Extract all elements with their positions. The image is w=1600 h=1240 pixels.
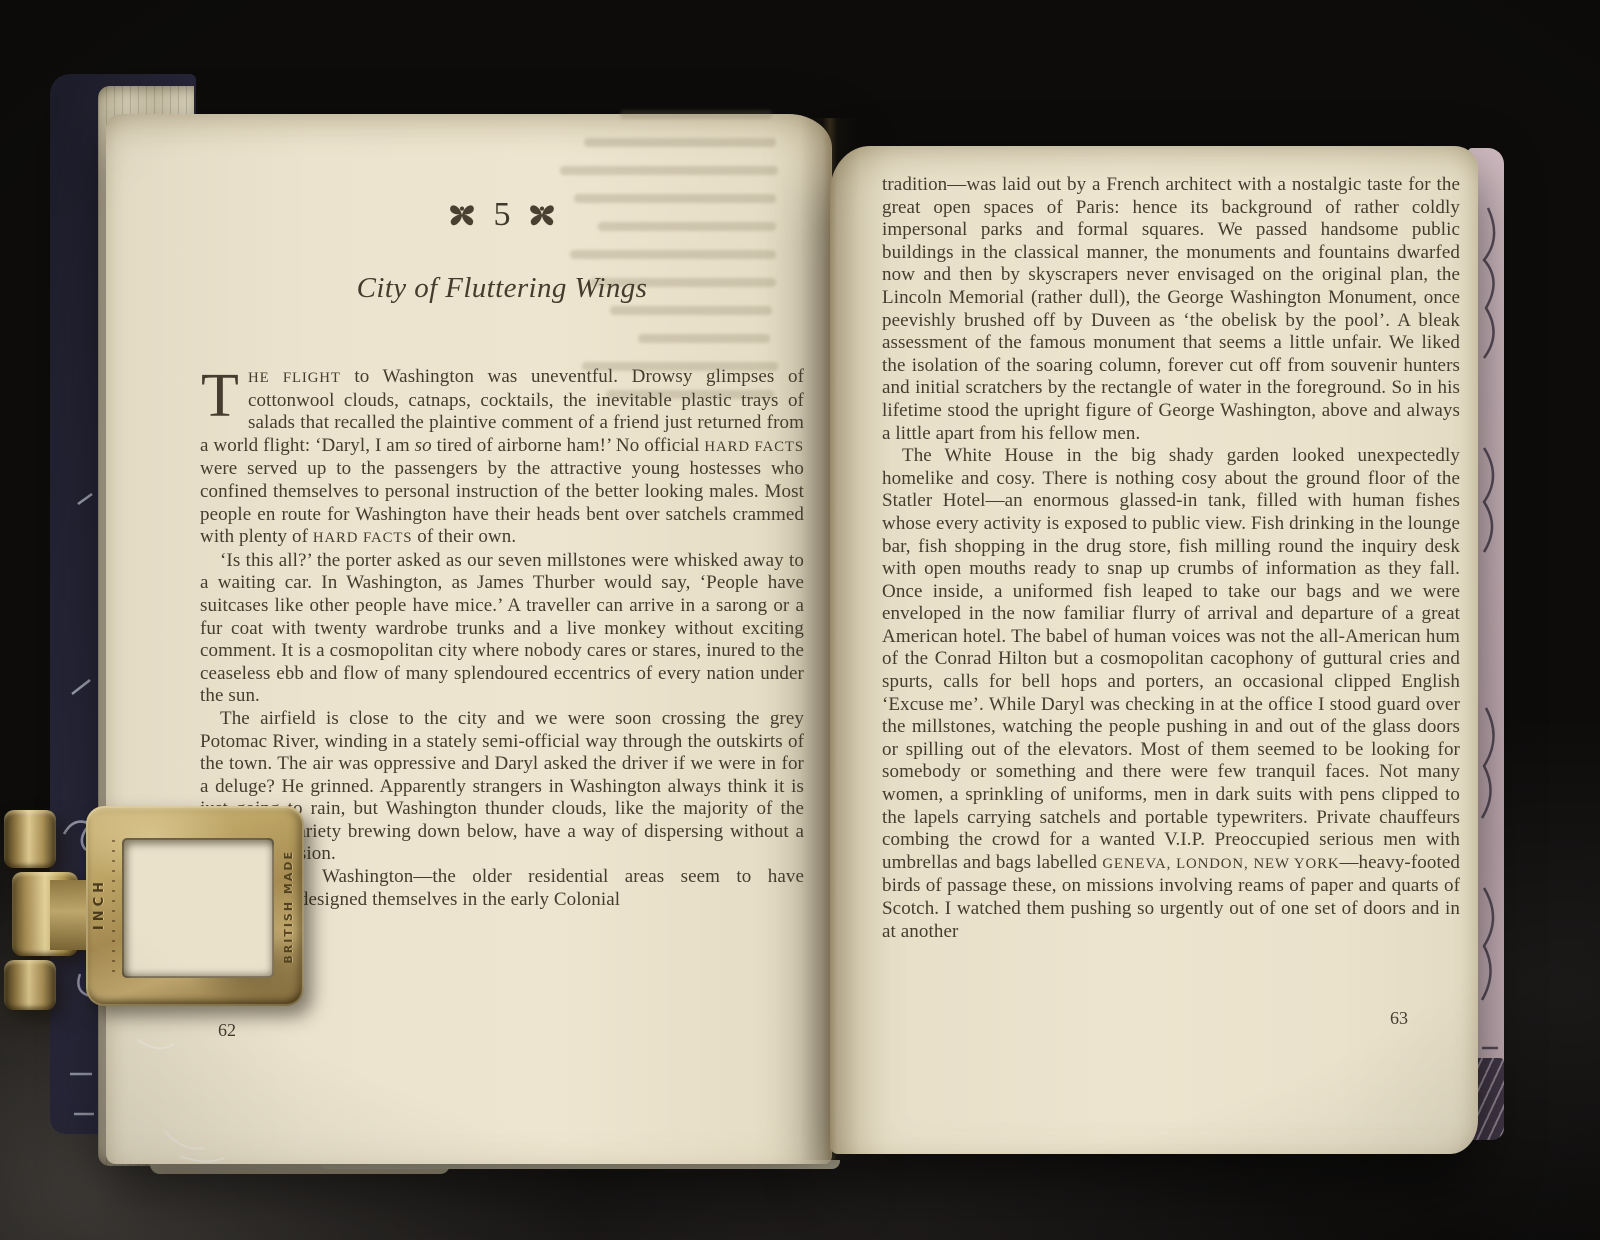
text-segment: The White House in the big shady garden … [882,445,1460,873]
paragraph: The flight to Washington was uneventful.… [200,366,804,550]
paragraph: ‘Is this all?’ the porter asked as our s… [200,550,804,708]
aldine-leaf-icon [447,201,477,229]
clip-inch-tick-marks [112,840,115,976]
right-page-text: tradition—was laid out by a French archi… [882,116,1460,943]
photo-of-open-book: 5 City of Fluttering Wings The flight to… [0,0,1600,1240]
right-page-paragraphs: tradition—was laid out by a French archi… [882,174,1460,943]
paragraph: tradition—was laid out by a French archi… [882,174,1460,445]
clip-hinge-knuckle [4,810,56,868]
right-page-number: 63 [1390,1008,1408,1029]
text-segment: ‘Is this all?’ the porter asked as our s… [200,550,804,707]
chapter-heading: 5 [200,192,804,238]
paragraph: The White House in the big shady garden … [882,445,1460,943]
text-segment: so [415,435,432,456]
chapter-title: City of Fluttering Wings [200,268,804,308]
text-segment: hard facts [704,439,804,455]
text-segment: tradition—was laid out by a French archi… [882,174,1460,444]
clip-window-opening [122,838,274,978]
text-segment: tired of airborne ham!’ No official [432,435,705,456]
left-page-number: 62 [218,1020,236,1041]
text-segment: of their own. [412,526,516,547]
drop-cap: T [200,366,248,422]
chapter-number: 5 [493,198,510,232]
text-segment: he flight [248,370,341,386]
clip-british-made-stamp: BRITISH MADE [282,850,295,964]
clip-hinge-knuckle [4,960,56,1010]
aldine-leaf-icon [527,201,557,229]
text-segment: geneva, london, new york [1102,856,1339,872]
clip-inch-label: INCH [92,878,107,930]
brass-page-clip: INCH BRITISH MADE [0,796,324,1018]
text-segment: hard facts [313,530,413,546]
